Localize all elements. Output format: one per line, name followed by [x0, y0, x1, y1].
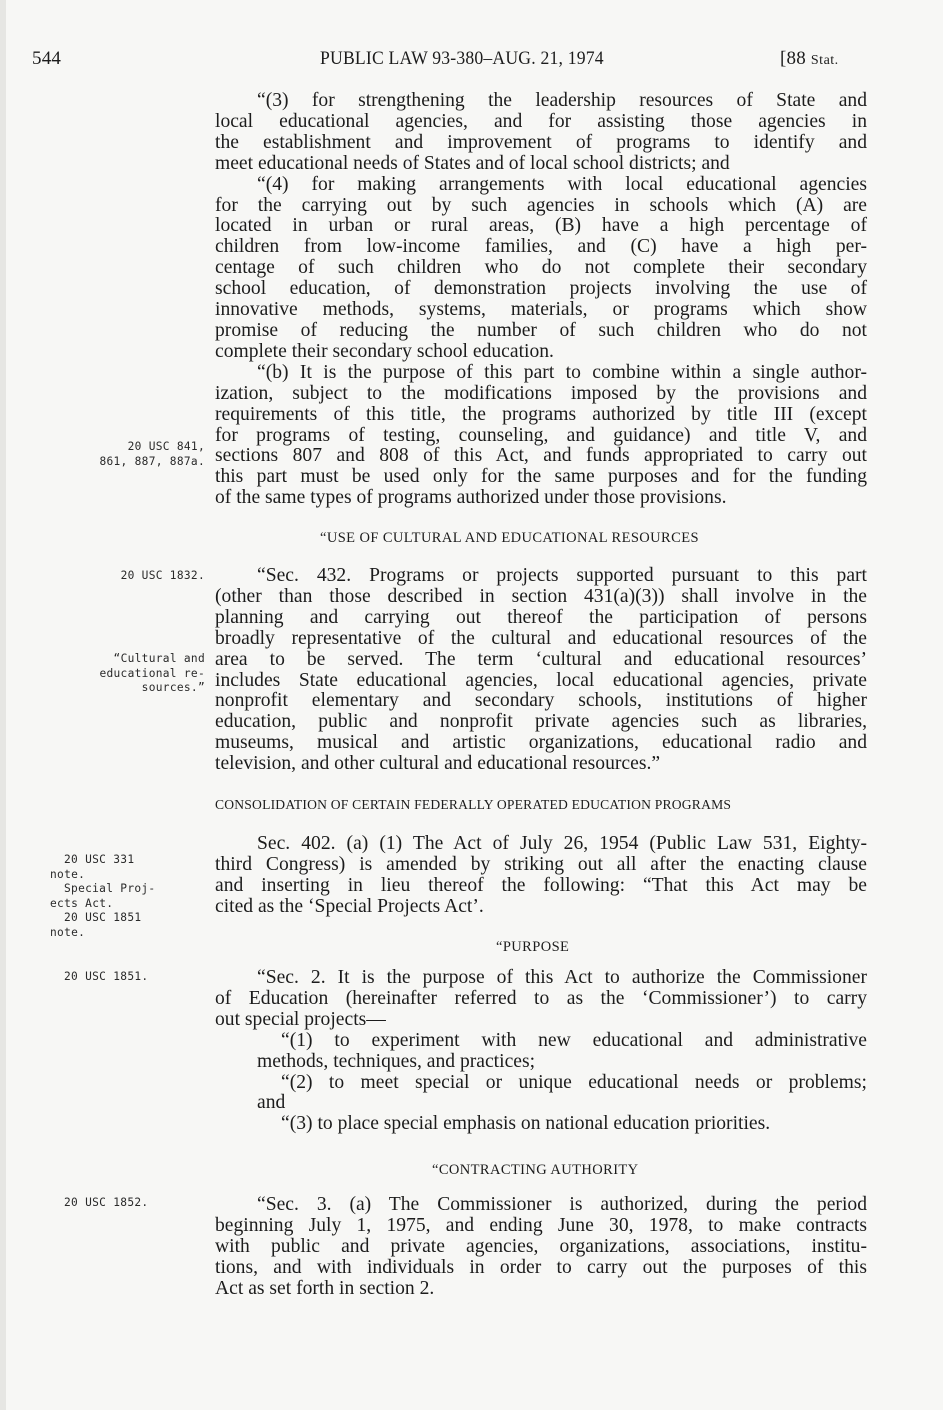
text-line: this part must be used only for the same…	[215, 467, 867, 488]
margin-note-line: 20 USC 1851	[50, 911, 200, 926]
margin-note-line: note.	[50, 926, 200, 941]
heading-purpose: “Purpose	[496, 939, 569, 956]
list-item-line: methods, techniques, and practices;	[215, 1052, 867, 1073]
text-line: “(3) for strengthening the leadership re…	[215, 91, 867, 112]
margin-note-20-usc-1832: 20 USC 1832.	[35, 569, 205, 584]
text-line: “Sec. 3. (a) The Commissioner is authori…	[215, 1195, 867, 1216]
text-line: centage of such children who do not comp…	[215, 258, 867, 279]
margin-note-line: sources.”	[35, 681, 205, 696]
margin-note-line: “Cultural and	[35, 652, 205, 667]
running-head: 544 PUBLIC LAW 93-380–AUG. 21, 1974 [88 …	[0, 36, 943, 66]
text-line: broadly representative of the cultural a…	[215, 629, 867, 650]
text-line: museums, musical and artistic organizati…	[215, 733, 867, 754]
page-edge	[0, 0, 6, 1410]
text-line: located in urban or rural areas, (B) hav…	[215, 216, 867, 237]
list-item-line: “(3) to place special emphasis on nation…	[215, 1114, 867, 1135]
margin-note-20-usc-841: 20 USC 841,861, 887, 887a.	[35, 440, 205, 469]
text-line: beginning July 1, 1975, and ending June …	[215, 1216, 867, 1237]
text-line: promise of reducing the number of such c…	[215, 321, 867, 342]
text-line: Act as set forth in section 2.	[215, 1279, 867, 1300]
section-432: “Sec. 432. Programs or projects supporte…	[215, 566, 867, 775]
heading-contracting-authority: “Contracting authority	[432, 1162, 639, 1179]
text-line: “(4) for making arrangements with local …	[215, 175, 867, 196]
text-line: the establishment and improvement of pro…	[215, 133, 867, 154]
text-line: requirements of this title, the programs…	[215, 405, 867, 426]
section-2-purpose: “Sec. 2. It is the purpose of this Act t…	[215, 968, 867, 1135]
text-line: nonprofit elementary and secondary schoo…	[215, 691, 867, 712]
heading-consolidation: Consolidation of certain federally opera…	[215, 797, 731, 813]
margin-note-line: 20 USC 1852.	[50, 1196, 200, 1211]
text-line: “Sec. 432. Programs or projects supporte…	[215, 566, 867, 587]
text-line: cited as the ‘Special Projects Act’.	[215, 897, 867, 918]
text-line: tions, and with individuals in order to …	[215, 1258, 867, 1279]
margin-note-20-usc-1851: 20 USC 1851.	[50, 970, 200, 985]
text-line: school education, of demonstration proje…	[215, 279, 867, 300]
list-item-line: “(1) to experiment with new educational …	[215, 1031, 867, 1052]
text-line: “(b) It is the purpose of this part to c…	[215, 363, 867, 384]
margin-note-line: 20 USC 331	[50, 853, 200, 868]
text-line: with public and private agencies, organi…	[215, 1237, 867, 1258]
document-page: 544 PUBLIC LAW 93-380–AUG. 21, 1974 [88 …	[0, 0, 943, 1410]
margin-note-line: ects Act.	[50, 897, 200, 912]
clause-block-purposes: “(3) for strengthening the leadership re…	[215, 91, 867, 509]
law-title: PUBLIC LAW 93-380–AUG. 21, 1974	[320, 48, 604, 70]
text-line: (other than those described in section 4…	[215, 587, 867, 608]
margin-note-line: 20 USC 1851.	[50, 970, 200, 985]
text-line: Sec. 402. (a) (1) The Act of July 26, 19…	[215, 834, 867, 855]
text-line: out special projects—	[215, 1010, 867, 1031]
text-line: children from low-income families, and (…	[215, 237, 867, 258]
text-line: for programs of testing, counseling, and…	[215, 426, 867, 447]
margin-note-cultural-definition: “Cultural andeducational re-sources.”	[35, 652, 205, 696]
text-line: ization, subject to the modifications im…	[215, 384, 867, 405]
margin-note-line: 861, 887, 887a.	[35, 455, 205, 470]
text-line: of Education (hereinafter referred to as…	[215, 989, 867, 1010]
section-402: Sec. 402. (a) (1) The Act of July 26, 19…	[215, 834, 867, 918]
margin-note-20-usc-1852: 20 USC 1852.	[50, 1196, 200, 1211]
text-line: area to be served. The term ‘cultural an…	[215, 650, 867, 671]
text-line: television, and other cultural and educa…	[215, 754, 867, 775]
text-line: third Congress) is amended by striking o…	[215, 855, 867, 876]
text-line: includes State educational agencies, loc…	[215, 671, 867, 692]
text-line: meet educational needs of States and of …	[215, 154, 867, 175]
text-line: complete their secondary school educatio…	[215, 342, 867, 363]
list-item-line: “(2) to meet special or unique education…	[215, 1073, 867, 1094]
text-line: sections 807 and 808 of this Act, and fu…	[215, 446, 867, 467]
text-line: education, public and nonprofit private …	[215, 712, 867, 733]
margin-note-20-usc-331: 20 USC 331note.Special Proj-ects Act.20 …	[50, 853, 200, 940]
section-3-contracting: “Sec. 3. (a) The Commissioner is authori…	[215, 1195, 867, 1300]
statute-volume: [88 Stat.	[780, 48, 839, 70]
page-number: 544	[32, 48, 61, 70]
text-line: “Sec. 2. It is the purpose of this Act t…	[215, 968, 867, 989]
text-line: innovative methods, systems, materials, …	[215, 300, 867, 321]
heading-cultural-resources: “Use of cultural and educational resourc…	[320, 530, 699, 547]
text-line: planning and carrying out thereof the pa…	[215, 608, 867, 629]
margin-note-line: 20 USC 1832.	[35, 569, 205, 584]
margin-note-line: educational re-	[35, 667, 205, 682]
margin-note-line: Special Proj-	[50, 882, 200, 897]
text-line: local educational agencies, and for assi…	[215, 112, 867, 133]
text-line: for the carrying out by such agencies in…	[215, 196, 867, 217]
list-item-line: and	[215, 1093, 867, 1114]
text-line: and inserting in lieu thereof the follow…	[215, 876, 867, 897]
margin-note-line: 20 USC 841,	[35, 440, 205, 455]
margin-note-line: note.	[50, 868, 200, 883]
text-line: of the same types of programs authorized…	[215, 488, 867, 509]
